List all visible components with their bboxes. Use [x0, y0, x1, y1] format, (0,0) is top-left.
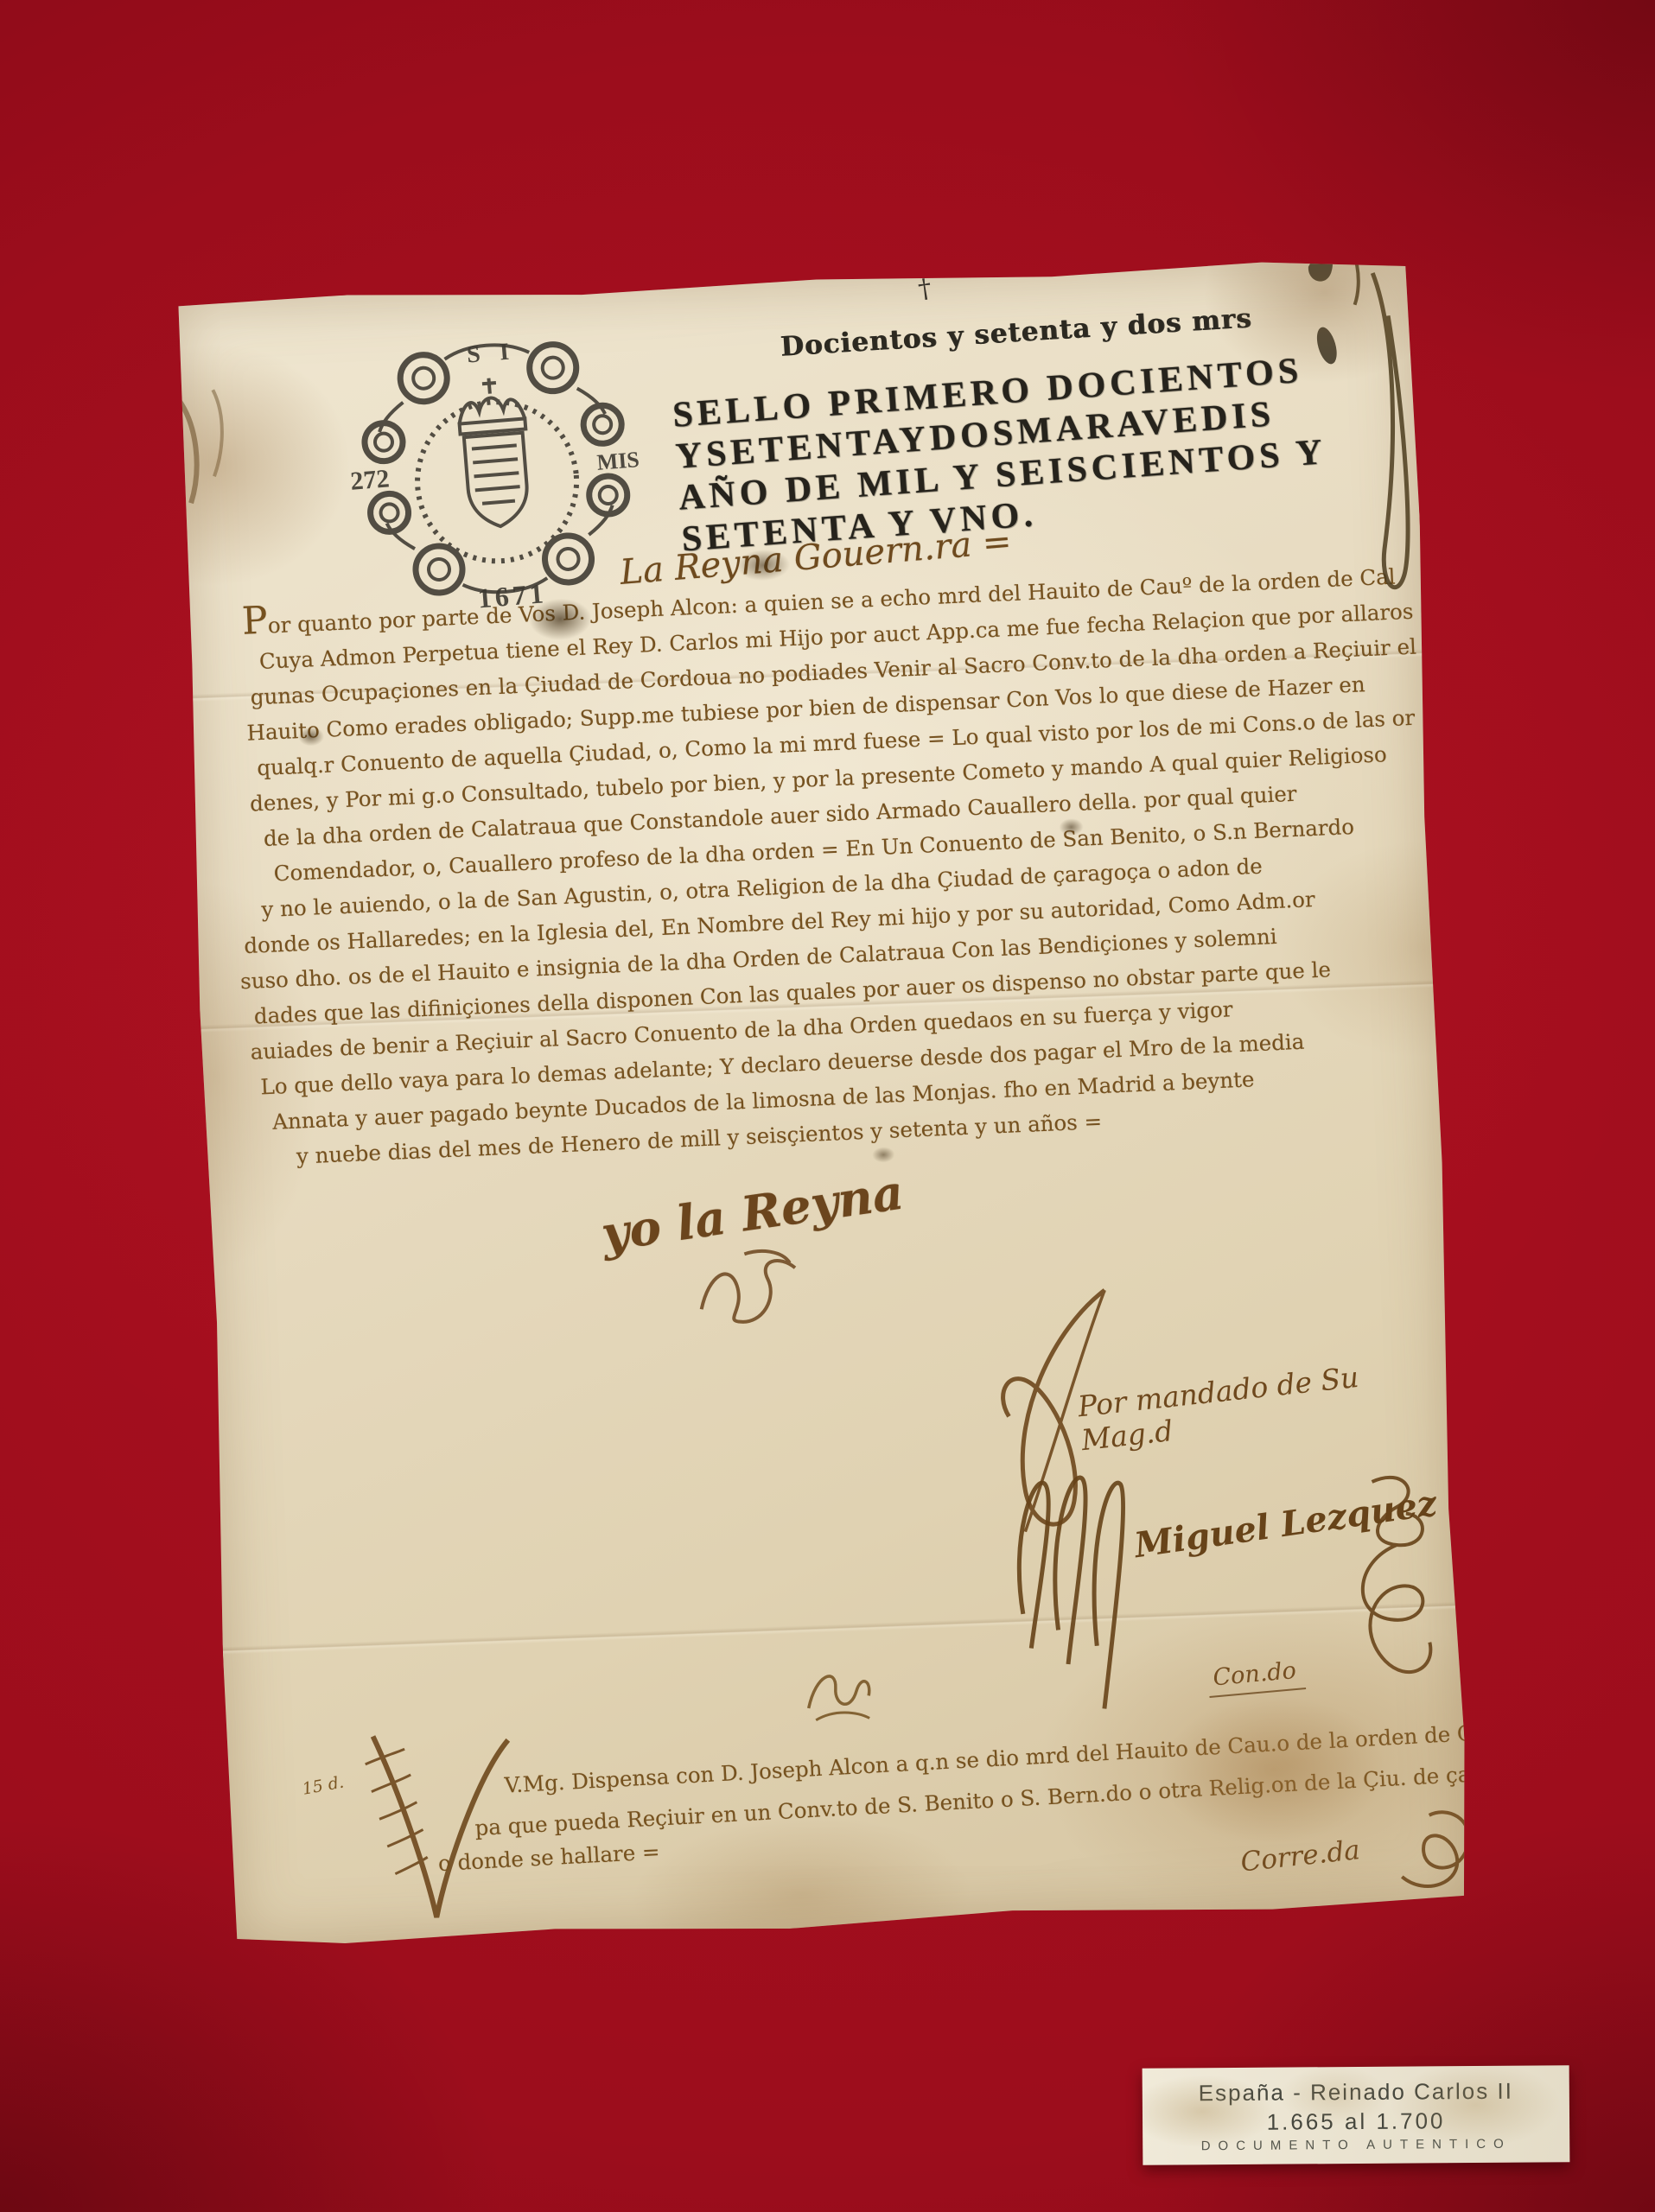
- edge-ink-marks: [1288, 219, 1442, 657]
- por-mandado-text: Por mandado de Su Mag.d: [1076, 1351, 1454, 1457]
- ink-blot: [872, 1147, 895, 1163]
- docket-margin-note: 15 d.: [301, 1773, 346, 1799]
- tax-stamp-seal: S I 272 MIS 1671: [337, 309, 655, 627]
- paraph-flourish: [799, 1657, 879, 1731]
- manuscript-body: Por quanto por parte de Vos D. Joseph Al…: [241, 559, 1407, 1175]
- invocation-cross-icon: †: [916, 273, 933, 305]
- label-dates: 1.665 al 1.700: [1267, 2107, 1446, 2135]
- secretary-rubric-flourish: [1299, 1464, 1445, 1695]
- royal-rubric-flourish: [692, 1245, 807, 1332]
- contado-note: Con.do: [1206, 1656, 1306, 1698]
- manuscript-paper: S I 272 MIS 1671 † Docientos y setenta y…: [174, 256, 1471, 1948]
- corregida-rubric-flourish: [1387, 1800, 1477, 1909]
- stamp-value-mis: MIS: [596, 447, 640, 475]
- secretary-m-strokes: [998, 1452, 1163, 1720]
- label-authenticity: DOCUMENTO AUTENTICO: [1201, 2136, 1512, 2153]
- photograph-of-document: { "stamp": { "top_left_letter": "S", "to…: [0, 0, 1655, 2212]
- label-title: España - Reinado Carlos II: [1199, 2077, 1513, 2107]
- corregida-note: Corre.da: [1239, 1834, 1362, 1878]
- collector-label: España - Reinado Carlos II 1.665 al 1.70…: [1143, 2065, 1570, 2164]
- tax-amount-line: Docientos y setenta y dos mrs: [780, 303, 1253, 363]
- stamp-value-272: 272: [349, 464, 391, 496]
- fold-crease: [223, 1601, 1460, 1654]
- stamp-letter-s: S: [466, 340, 481, 368]
- margin-ink-smudge: [161, 371, 271, 547]
- stamp-letter-i: I: [499, 339, 510, 366]
